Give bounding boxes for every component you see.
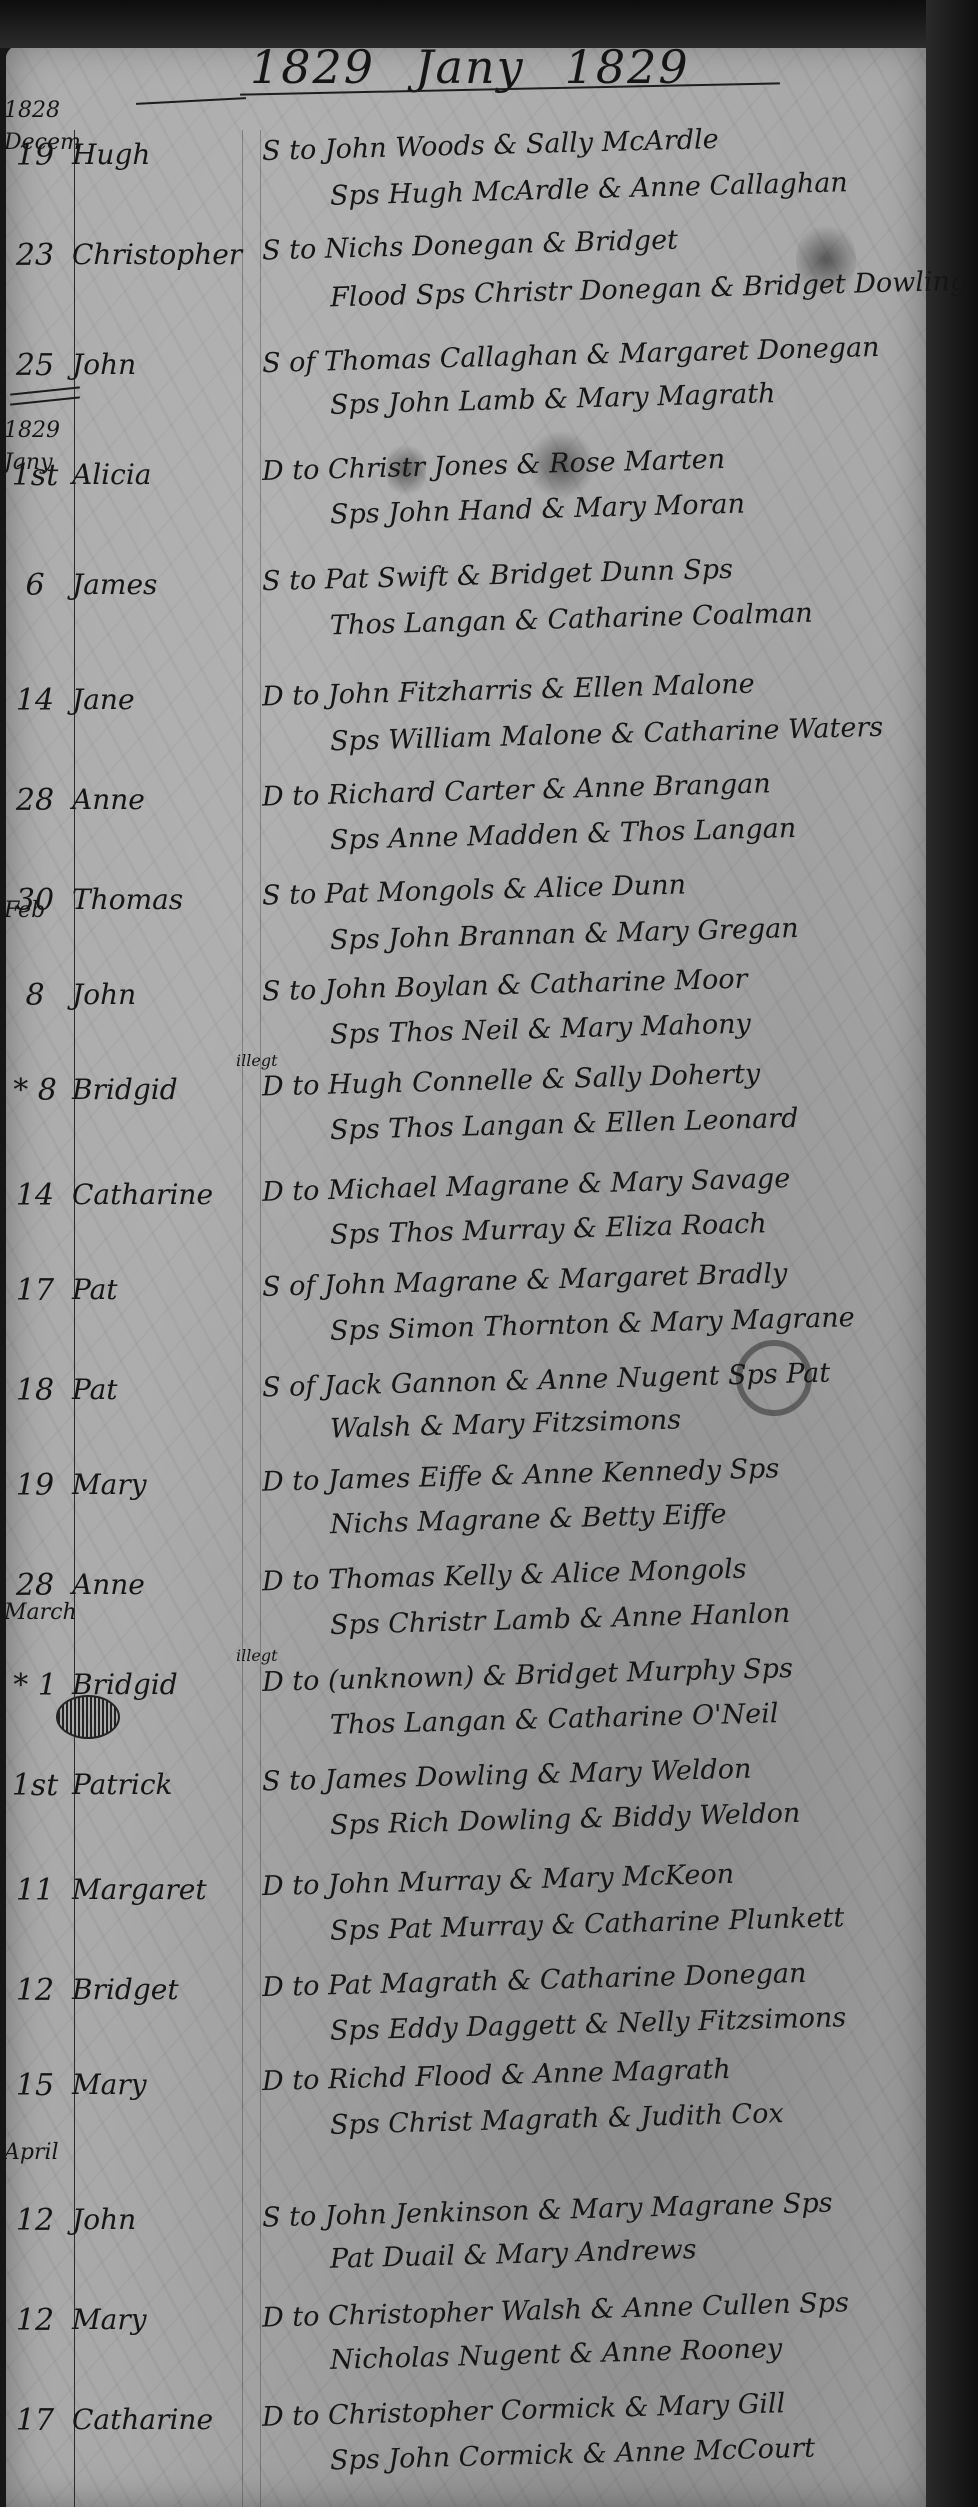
entry-day: 17: [6, 1273, 64, 1308]
entry-day: 19: [6, 138, 64, 173]
child-name: Mary: [72, 2068, 222, 2101]
child-name: Anne: [72, 783, 222, 816]
month-label: 1828: [4, 98, 60, 123]
illegitimate-note: illegt: [236, 1051, 278, 1070]
child-name: Margaret: [72, 1873, 222, 1906]
entry-day: 8: [6, 978, 64, 1013]
header-rule-left: [136, 97, 246, 105]
year-divider: [10, 396, 80, 405]
name-column-rule: [242, 130, 243, 2507]
header-year-left: 1829: [250, 40, 375, 94]
child-name: Bridget: [72, 1973, 222, 2006]
child-name: Hugh: [72, 138, 222, 171]
illegitimate-note: illegt: [236, 1646, 278, 1665]
entry-day: * 8: [6, 1073, 64, 1108]
name-column-rule-2: [260, 130, 261, 2507]
child-name: Bridgid: [72, 1668, 222, 1701]
entry-day: 1st: [6, 1768, 64, 1803]
child-name: John: [72, 348, 222, 381]
month-label: March: [4, 1600, 77, 1625]
entry-day: 17: [6, 2403, 64, 2438]
year-divider: [10, 386, 80, 395]
child-name: James: [72, 568, 222, 601]
child-name: Thomas: [72, 883, 222, 916]
month-label: 1829: [4, 418, 60, 443]
child-name: John: [72, 2203, 222, 2236]
child-name: Jane: [72, 683, 222, 716]
child-name: Christopher: [72, 238, 222, 271]
entry-day: 1st: [6, 458, 64, 493]
entry-day: 28: [6, 783, 64, 818]
entry-day: 30: [6, 883, 64, 918]
entry-day: * 1: [6, 1668, 64, 1703]
child-name: Catharine: [72, 1178, 222, 1211]
entry-day: 28: [6, 1568, 64, 1603]
entry-day: 15: [6, 2068, 64, 2103]
entry-day: 23: [6, 238, 64, 273]
entry-day: 19: [6, 1468, 64, 1503]
scribbled-out-mark: [56, 1695, 120, 1739]
child-name: John: [72, 978, 222, 1011]
scan-right-edge: [926, 0, 978, 2507]
entry-day: 12: [6, 2303, 64, 2338]
entry-day: 25: [6, 348, 64, 383]
entry-day: 12: [6, 1973, 64, 2008]
header-month: Jany: [415, 40, 524, 94]
child-name: Mary: [72, 1468, 222, 1501]
child-name: Catharine: [72, 2403, 222, 2436]
child-name: Mary: [72, 2303, 222, 2336]
child-name: Bridgid: [72, 1073, 222, 1106]
child-name: Alicia: [72, 458, 222, 491]
entry-day: 6: [6, 568, 64, 603]
child-name: Pat: [72, 1373, 222, 1406]
child-name: Patrick: [72, 1768, 222, 1801]
entry-day: 18: [6, 1373, 64, 1408]
month-label: April: [4, 2140, 59, 2165]
entry-day: 12: [6, 2203, 64, 2238]
entry-day: 11: [6, 1873, 64, 1908]
entry-day: 14: [6, 1178, 64, 1213]
child-name: Anne: [72, 1568, 222, 1601]
child-name: Pat: [72, 1273, 222, 1306]
entry-day: 14: [6, 683, 64, 718]
